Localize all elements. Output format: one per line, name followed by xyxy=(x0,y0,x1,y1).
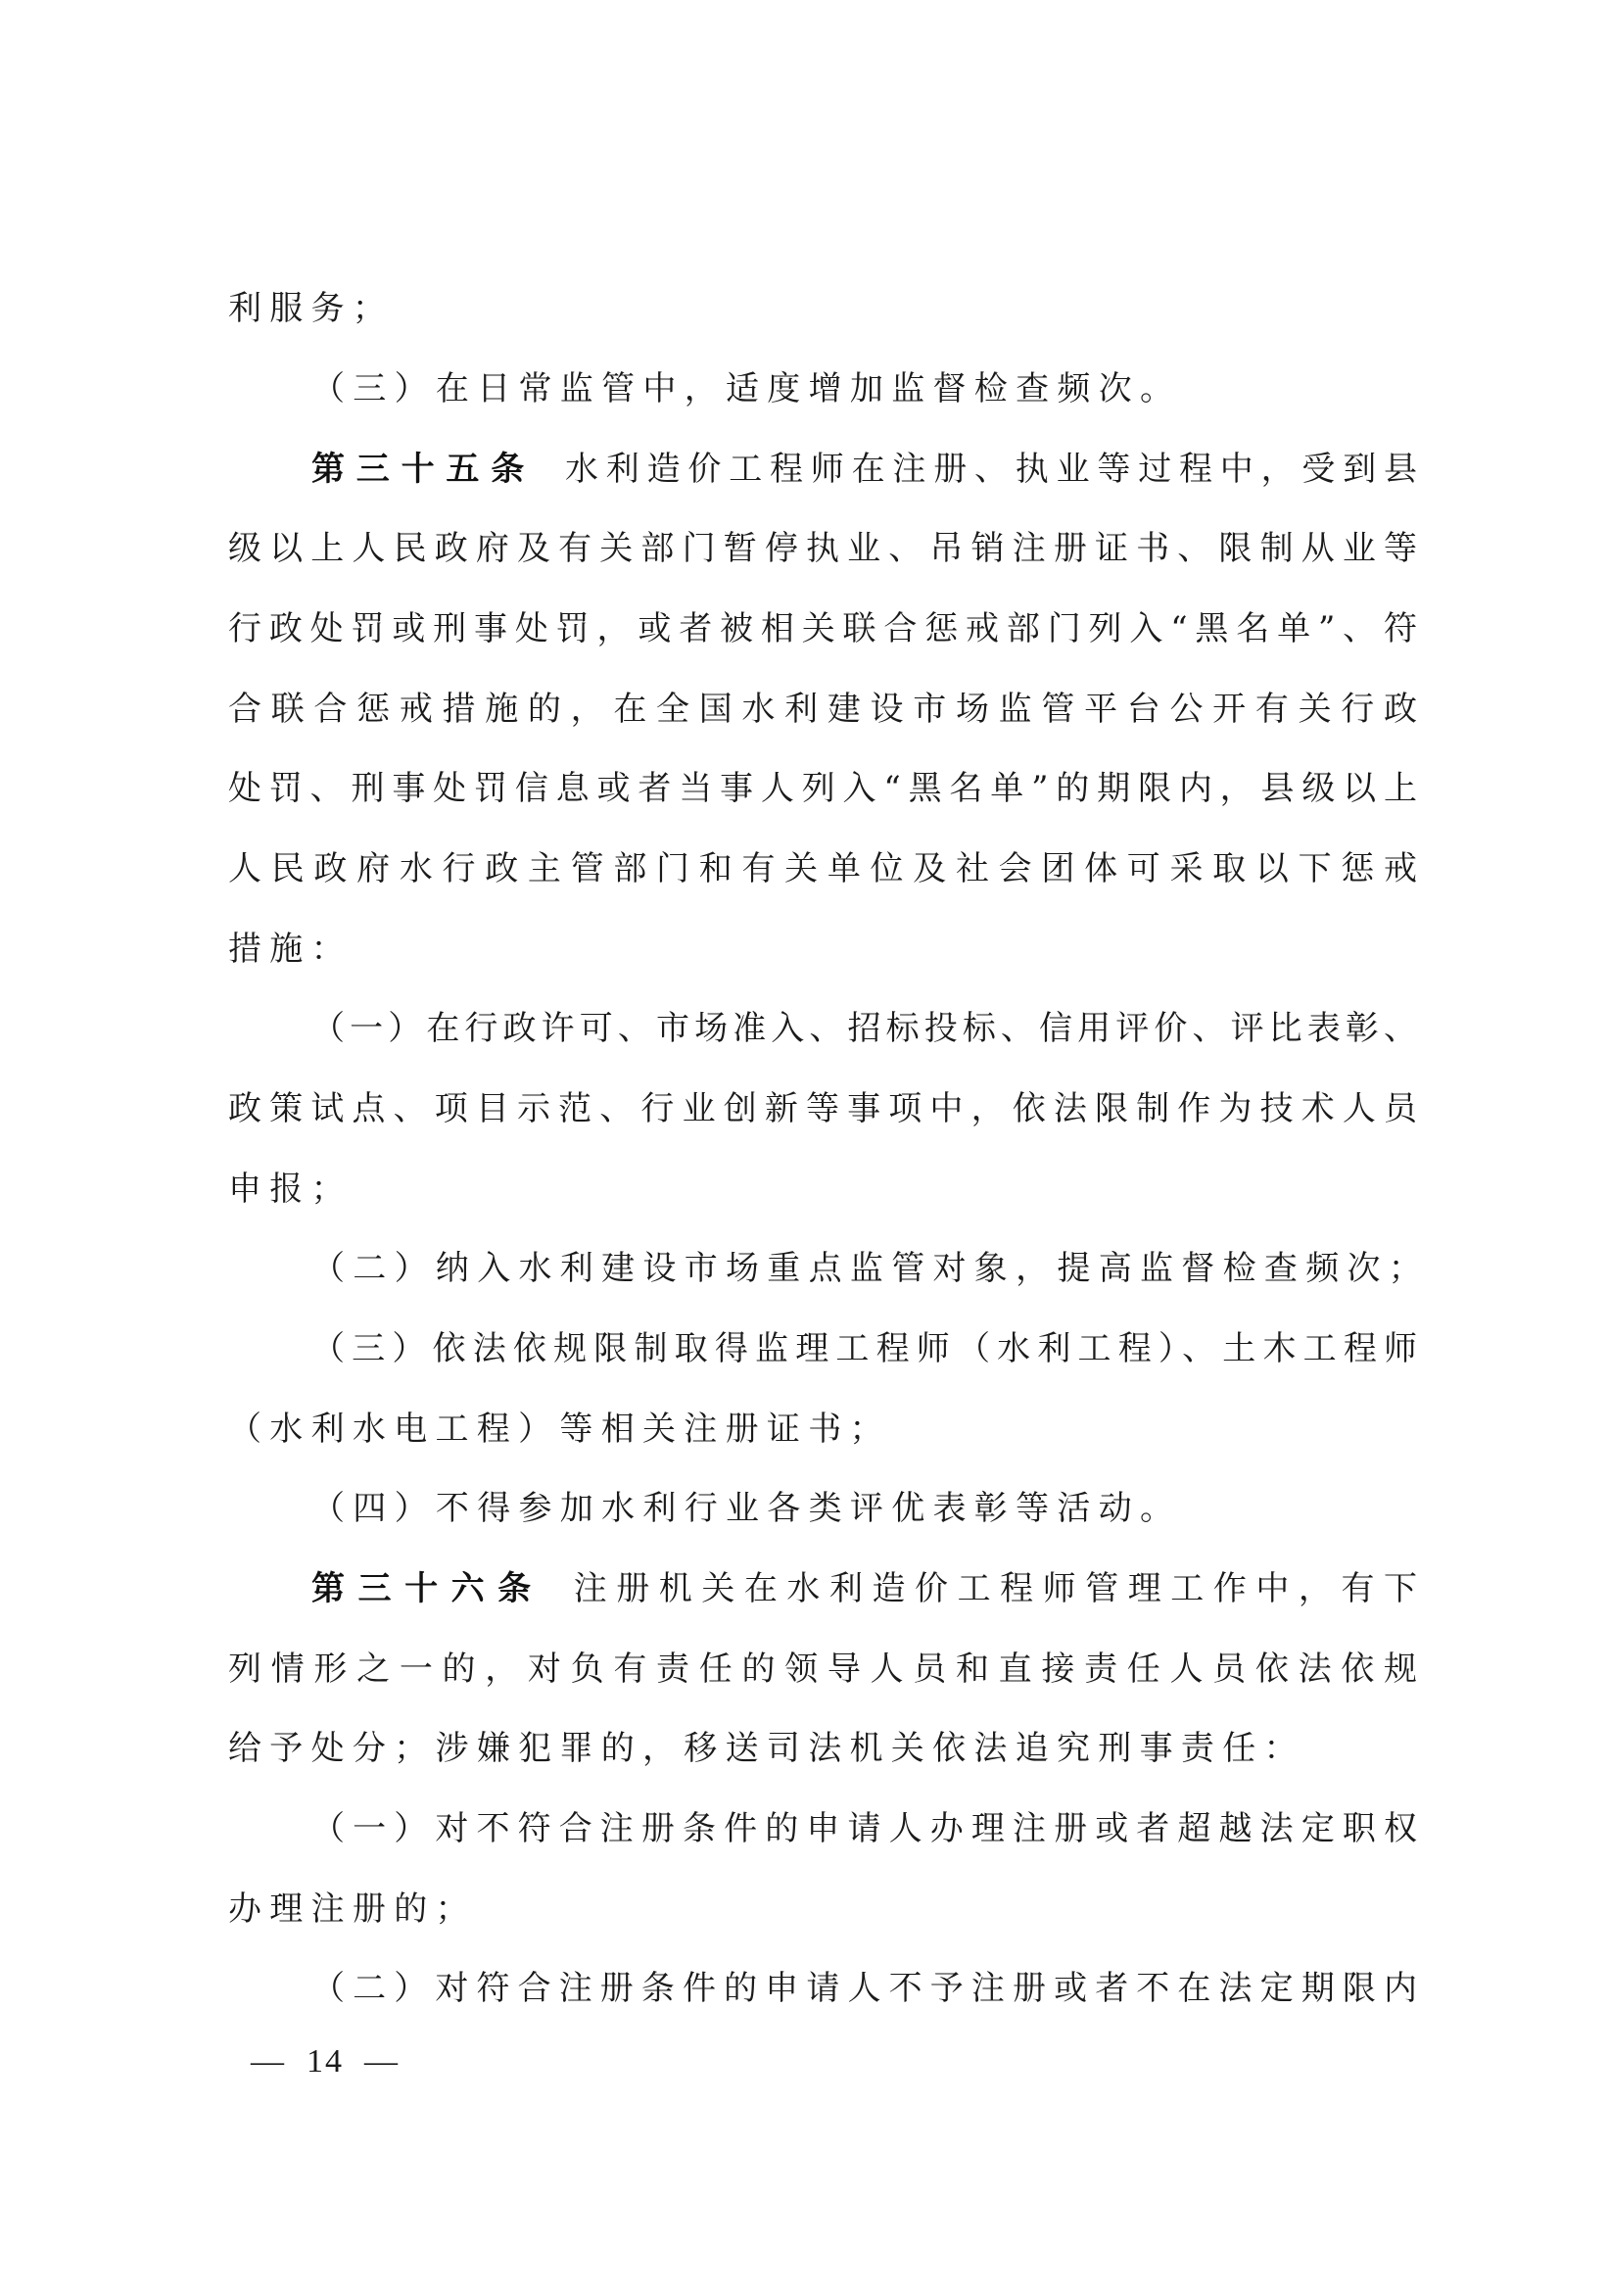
line-text: 水利造价工程师在注册、执业等过程中，受到县 xyxy=(565,450,1417,489)
article-35-line: 第三十五条水利造价工程师在注册、执业等过程中，受到县 xyxy=(311,429,1417,509)
line-text: 给予处分；涉嫌犯罪的，移送司法机关依法追究刑事责任： xyxy=(228,1729,1305,1768)
line-text: 人民政府水行政主管部门和有关单位及社会团体可采取以下惩戒 xyxy=(228,849,1417,888)
text-line: 级以上人民政府及有关部门暂停执业、吊销注册证书、限制从业等 xyxy=(228,508,1417,589)
line-text: （一）在行政许可、市场准入、招标投标、信用评价、评比表彰、 xyxy=(311,1009,1417,1048)
line-text: 政策试点、项目示范、行业创新等事项中，依法限制作为技术人员 xyxy=(228,1089,1417,1128)
text-line: 列情形之一的，对负有责任的领导人员和直接责任人员依法依规 xyxy=(228,1629,1417,1709)
line-text: 注册机关在水利造价工程师管理工作中，有下 xyxy=(574,1569,1417,1608)
line-text: 措施： xyxy=(228,930,353,969)
line-text: （四）不得参加水利行业各类评优表彰等活动。 xyxy=(311,1489,1181,1528)
text-line: 措施： xyxy=(228,909,1433,989)
line-text: （水利水电工程）等相关注册证书； xyxy=(228,1410,891,1449)
article-heading: 第三十五条 xyxy=(311,450,536,489)
line-text: 列情形之一的，对负有责任的领导人员和直接责任人员依法依规 xyxy=(228,1650,1417,1689)
line-text: （三）在日常监管中，适度增加监督检查频次。 xyxy=(311,369,1181,408)
article-36-line: 第三十六条注册机关在水利造价工程师管理工作中，有下 xyxy=(311,1549,1417,1629)
text-line: 合联合惩戒措施的，在全国水利建设市场监管平台公开有关行政 xyxy=(228,669,1417,749)
page-number: — 14 — xyxy=(251,2039,400,2084)
text-line: （一）在行政许可、市场准入、招标投标、信用评价、评比表彰、 xyxy=(311,988,1417,1069)
text-line: 处罚、刑事处罚信息或者当事人列入“黑名单”的期限内，县级以上 xyxy=(228,748,1417,829)
text-line: （二）纳入水利建设市场重点监管对象，提高监督检查频次； xyxy=(311,1228,1433,1309)
text-line: （二）对符合注册条件的申请人不予注册或者不在法定期限内 xyxy=(311,1948,1417,2029)
line-text: （一）对不符合注册条件的申请人办理注册或者超越法定职权 xyxy=(311,1809,1417,1848)
document-page: 利服务； （三）在日常监管中，适度增加监督检查频次。 第三十五条水利造价工程师在… xyxy=(0,0,1608,2296)
line-text: 级以上人民政府及有关部门暂停执业、吊销注册证书、限制从业等 xyxy=(228,529,1417,568)
line-text: 合联合惩戒措施的，在全国水利建设市场监管平台公开有关行政 xyxy=(228,690,1417,729)
line-text: 利服务； xyxy=(228,289,394,328)
line-text: 行政处罚或刑事处罚，或者被相关联合惩戒部门列入“黑名单”、符 xyxy=(228,609,1417,648)
line-text: 办理注册的； xyxy=(228,1889,477,1929)
line-text: （二）对符合注册条件的申请人不予注册或者不在法定期限内 xyxy=(311,1969,1417,2008)
line-text: （三）依法依规限制取得监理工程师（水利工程）、土木工程师 xyxy=(311,1329,1417,1368)
article-heading: 第三十六条 xyxy=(311,1569,544,1608)
text-line: 申报； xyxy=(228,1149,1433,1229)
line-text: （二）纳入水利建设市场重点监管对象，提高监督检查频次； xyxy=(311,1249,1430,1288)
line-text: 申报； xyxy=(228,1170,353,1209)
text-line: （三）依法依规限制取得监理工程师（水利工程）、土木工程师 xyxy=(311,1309,1417,1389)
text-line: （水利水电工程）等相关注册证书； xyxy=(228,1389,1433,1469)
text-line: （一）对不符合注册条件的申请人办理注册或者超越法定职权 xyxy=(311,1789,1417,1869)
text-line: 给予处分；涉嫌犯罪的，移送司法机关依法追究刑事责任： xyxy=(228,1708,1433,1789)
text-line: 办理注册的； xyxy=(228,1869,1433,1949)
text-line: 政策试点、项目示范、行业创新等事项中，依法限制作为技术人员 xyxy=(228,1069,1417,1149)
text-line: 行政处罚或刑事处罚，或者被相关联合惩戒部门列入“黑名单”、符 xyxy=(228,589,1417,669)
text-line: （四）不得参加水利行业各类评优表彰等活动。 xyxy=(311,1468,1433,1549)
text-line: 人民政府水行政主管部门和有关单位及社会团体可采取以下惩戒 xyxy=(228,829,1417,909)
line-text: 处罚、刑事处罚信息或者当事人列入“黑名单”的期限内，县级以上 xyxy=(228,769,1417,808)
text-line: 利服务； xyxy=(228,268,1433,349)
text-line: （三）在日常监管中，适度增加监督检查频次。 xyxy=(311,349,1433,429)
